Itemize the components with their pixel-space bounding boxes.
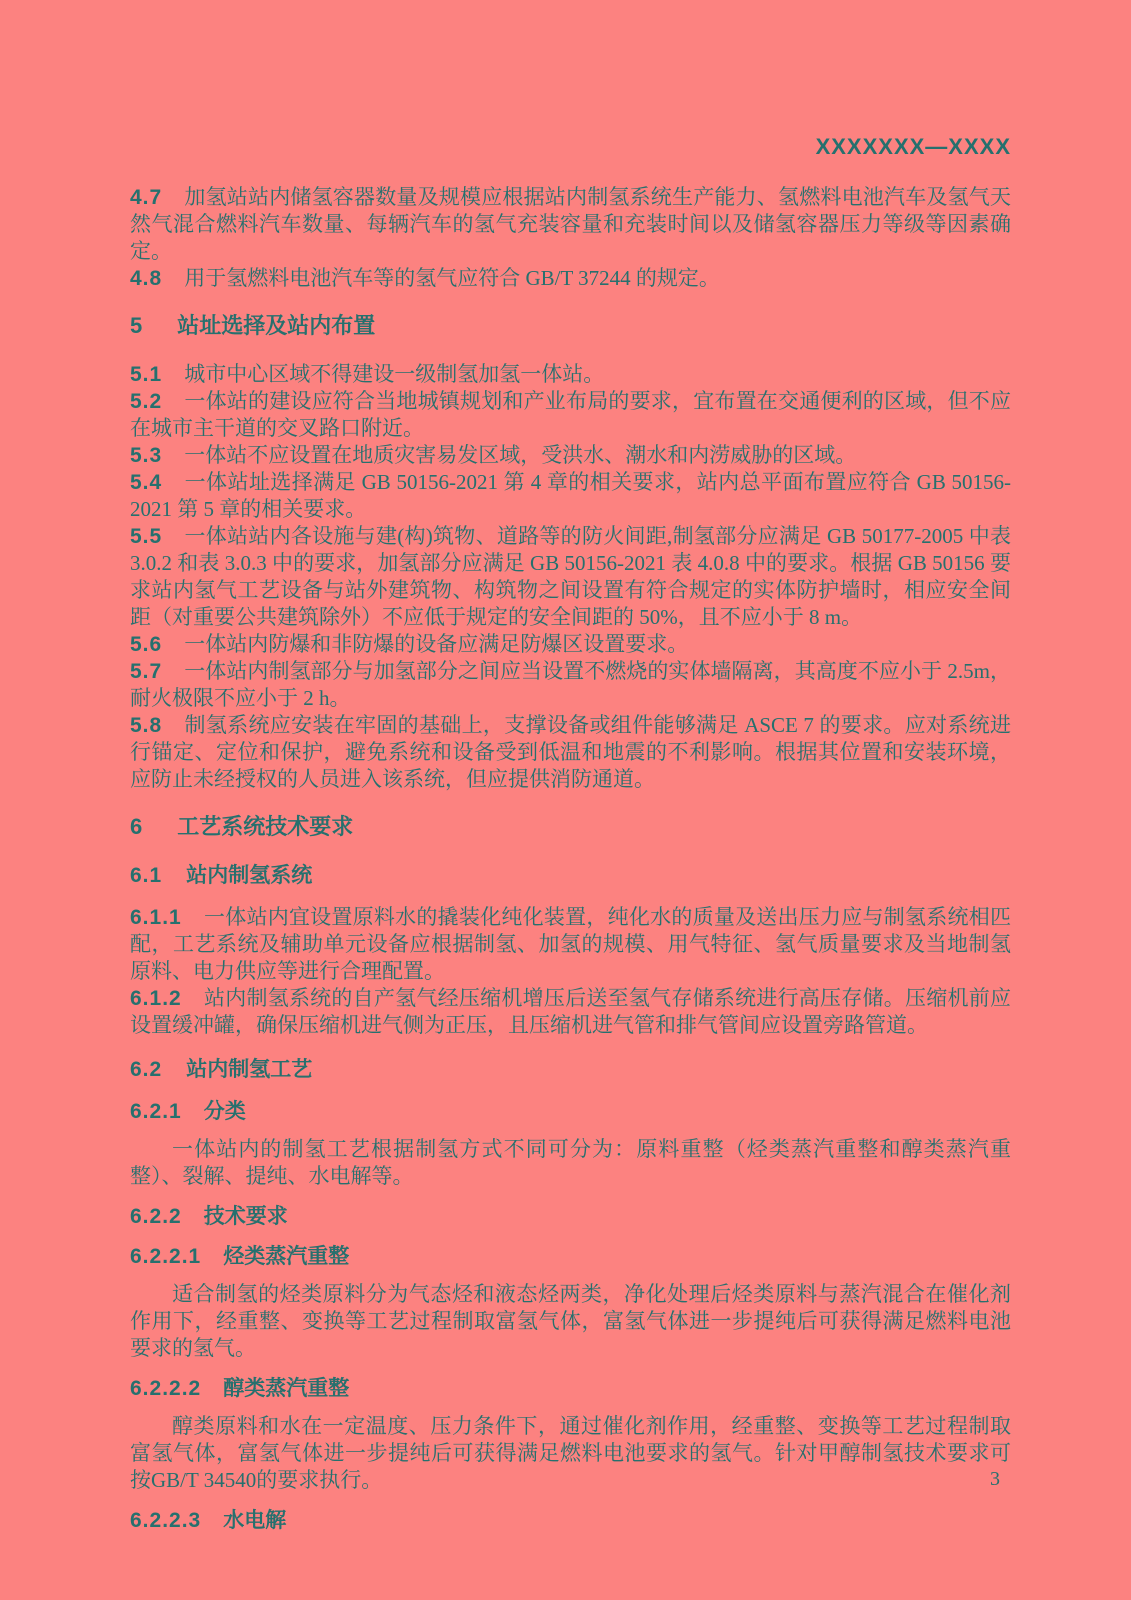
heading-number: 6.2 [130, 1058, 162, 1081]
page-number: 3 [990, 1468, 1000, 1491]
heading-number: 5 [130, 313, 143, 338]
heading-number: 6.2.1 [130, 1100, 182, 1123]
clause-6-1-2: 6.1.2站内制氢系统的自产氢气经压缩机增压后送至氢气存储系统进行高压存储。压缩… [130, 985, 1011, 1039]
clause-6-1-1: 6.1.1一体站内宜设置原料水的撬装化纯化装置，纯化水的质量及送出压力应与制氢系… [130, 904, 1011, 985]
clause-text: 城市中心区域不得建设一级制氢加氢一体站。 [184, 362, 604, 386]
paragraph-text: 适合制氢的烃类原料分为气态烃和液态烃两类，净化处理后烃类原料与蒸汽混合在催化剂作… [130, 1282, 1011, 1360]
heading-number: 6.2.2.3 [130, 1509, 201, 1532]
heading-text: 分类 [204, 1099, 246, 1123]
clause-text: 一体站站内各设施与建(构)筑物、道路等的防火间距,制氢部分应满足 GB 5017… [130, 524, 1011, 629]
clause-number: 5.5 [130, 525, 162, 548]
heading-text: 工艺系统技术要求 [177, 814, 353, 839]
clause-text: 一体站内防爆和非防爆的设备应满足防爆区设置要求。 [184, 632, 688, 656]
paragraph-classification: 一体站内的制氢工艺根据制氢方式不同可分为：原料重整（烃类蒸汽重整和醇类蒸汽重整）… [130, 1136, 1011, 1190]
clause-number: 5.8 [130, 714, 162, 737]
paragraph-hydrocarbon-reforming: 适合制氢的烃类原料分为气态烃和液态烃两类，净化处理后烃类原料与蒸汽混合在催化剂作… [130, 1281, 1011, 1362]
subsection-heading-6-2: 6.2站内制氢工艺 [130, 1056, 1011, 1083]
clause-number: 4.8 [130, 267, 162, 290]
paragraph-text: 一体站内的制氢工艺根据制氢方式不同可分为：原料重整（烃类蒸汽重整和醇类蒸汽重整）… [130, 1137, 1011, 1188]
subsection-heading-6-2-2: 6.2.2技术要求 [130, 1203, 1011, 1230]
heading-text: 醇类蒸汽重整 [223, 1376, 349, 1400]
clause-5-1: 5.1城市中心区域不得建设一级制氢加氢一体站。 [130, 361, 1011, 388]
heading-text: 站址选择及站内布置 [177, 313, 375, 338]
clause-5-2: 5.2一体站的建设应符合当地城镇规划和产业布局的要求，宜布置在交通便利的区域，但… [130, 388, 1011, 442]
heading-text: 烃类蒸汽重整 [223, 1244, 349, 1268]
clause-5-5: 5.5一体站站内各设施与建(构)筑物、道路等的防火间距,制氢部分应满足 GB 5… [130, 523, 1011, 631]
heading-text: 站内制氢系统 [186, 863, 312, 887]
heading-number: 6.2.2.2 [130, 1377, 201, 1400]
clause-text: 一体站内制氢部分与加氢部分之间应当设置不燃烧的实体墙隔离，其高度不应小于 2.5… [130, 659, 1011, 710]
paragraph-alcohol-reforming: 醇类原料和水在一定温度、压力条件下，通过催化剂作用，经重整、变换等工艺过程制取富… [130, 1413, 1011, 1494]
clause-number: 5.2 [130, 390, 162, 413]
page-number-text: 3 [990, 1468, 1000, 1490]
heading-text: 技术要求 [204, 1204, 288, 1228]
clause-text: 一体站内宜设置原料水的撬装化纯化装置，纯化水的质量及送出压力应与制氢系统相匹配，… [130, 905, 1011, 983]
running-header: XXXXXXX—XXXX [130, 134, 1011, 160]
heading-number: 6.2.2 [130, 1205, 182, 1228]
subsection-heading-6-2-1: 6.2.1分类 [130, 1098, 1011, 1125]
subsection-heading-6-1: 6.1站内制氢系统 [130, 862, 1011, 889]
subsection-heading-6-2-2-1: 6.2.2.1烃类蒸汽重整 [130, 1243, 1011, 1270]
heading-text: 站内制氢工艺 [186, 1057, 312, 1081]
clause-number: 5.1 [130, 363, 162, 386]
page-content: XXXXXXX—XXXX 4.7加氢站站内储氢容器数量及规模应根据站内制氢系统生… [130, 134, 1011, 1545]
clause-5-4: 5.4一体站址选择满足 GB 50156-2021 第 4 章的相关要求，站内总… [130, 469, 1011, 523]
clause-text: 站内制氢系统的自产氢气经压缩机增压后送至氢气存储系统进行高压存储。压缩机前应设置… [130, 986, 1011, 1037]
section-heading-5: 5站址选择及站内布置 [130, 312, 1011, 339]
clause-number: 5.6 [130, 633, 162, 656]
clause-number: 6.1.1 [130, 906, 182, 929]
heading-number: 6.1 [130, 864, 162, 887]
standard-number: XXXXXXX—XXXX [816, 134, 1011, 159]
subsection-heading-6-2-2-3: 6.2.2.3水电解 [130, 1507, 1011, 1534]
clause-text: 加氢站站内储氢容器数量及规模应根据站内制氢系统生产能力、氢燃料电池汽车及氢气天然… [130, 185, 1011, 263]
clause-5-6: 5.6一体站内防爆和非防爆的设备应满足防爆区设置要求。 [130, 631, 1011, 658]
section-heading-6: 6工艺系统技术要求 [130, 813, 1011, 840]
clause-4-8: 4.8用于氢燃料电池汽车等的氢气应符合 GB/T 37244 的规定。 [130, 265, 1011, 292]
clause-5-3: 5.3一体站不应设置在地质灾害易发区域，受洪水、潮水和内涝威胁的区域。 [130, 442, 1011, 469]
clause-5-8: 5.8制氢系统应安装在牢固的基础上，支撑设备或组件能够满足 ASCE 7 的要求… [130, 712, 1011, 793]
clause-4-7: 4.7加氢站站内储氢容器数量及规模应根据站内制氢系统生产能力、氢燃料电池汽车及氢… [130, 184, 1011, 265]
heading-number: 6 [130, 814, 143, 839]
heading-text: 水电解 [223, 1508, 286, 1532]
clause-number: 5.4 [130, 471, 162, 494]
clause-text: 一体站不应设置在地质灾害易发区域，受洪水、潮水和内涝威胁的区域。 [184, 443, 856, 467]
clause-text: 一体站的建设应符合当地城镇规划和产业布局的要求，宜布置在交通便利的区域，但不应在… [130, 389, 1011, 440]
subsection-heading-6-2-2-2: 6.2.2.2醇类蒸汽重整 [130, 1375, 1011, 1402]
clause-text: 用于氢燃料电池汽车等的氢气应符合 GB/T 37244 的规定。 [184, 266, 720, 290]
clause-number: 5.3 [130, 444, 162, 467]
clause-number: 6.1.2 [130, 987, 182, 1010]
document-page: XXXXXXX—XXXX 4.7加氢站站内储氢容器数量及规模应根据站内制氢系统生… [0, 0, 1131, 1600]
clause-number: 5.7 [130, 660, 162, 683]
clause-number: 4.7 [130, 186, 162, 209]
heading-number: 6.2.2.1 [130, 1245, 201, 1268]
paragraph-text: 醇类原料和水在一定温度、压力条件下，通过催化剂作用，经重整、变换等工艺过程制取富… [130, 1414, 1011, 1492]
clause-text: 一体站址选择满足 GB 50156-2021 第 4 章的相关要求，站内总平面布… [130, 470, 1011, 521]
clause-5-7: 5.7一体站内制氢部分与加氢部分之间应当设置不燃烧的实体墙隔离，其高度不应小于 … [130, 658, 1011, 712]
clause-text: 制氢系统应安装在牢固的基础上，支撑设备或组件能够满足 ASCE 7 的要求。应对… [130, 713, 1011, 791]
